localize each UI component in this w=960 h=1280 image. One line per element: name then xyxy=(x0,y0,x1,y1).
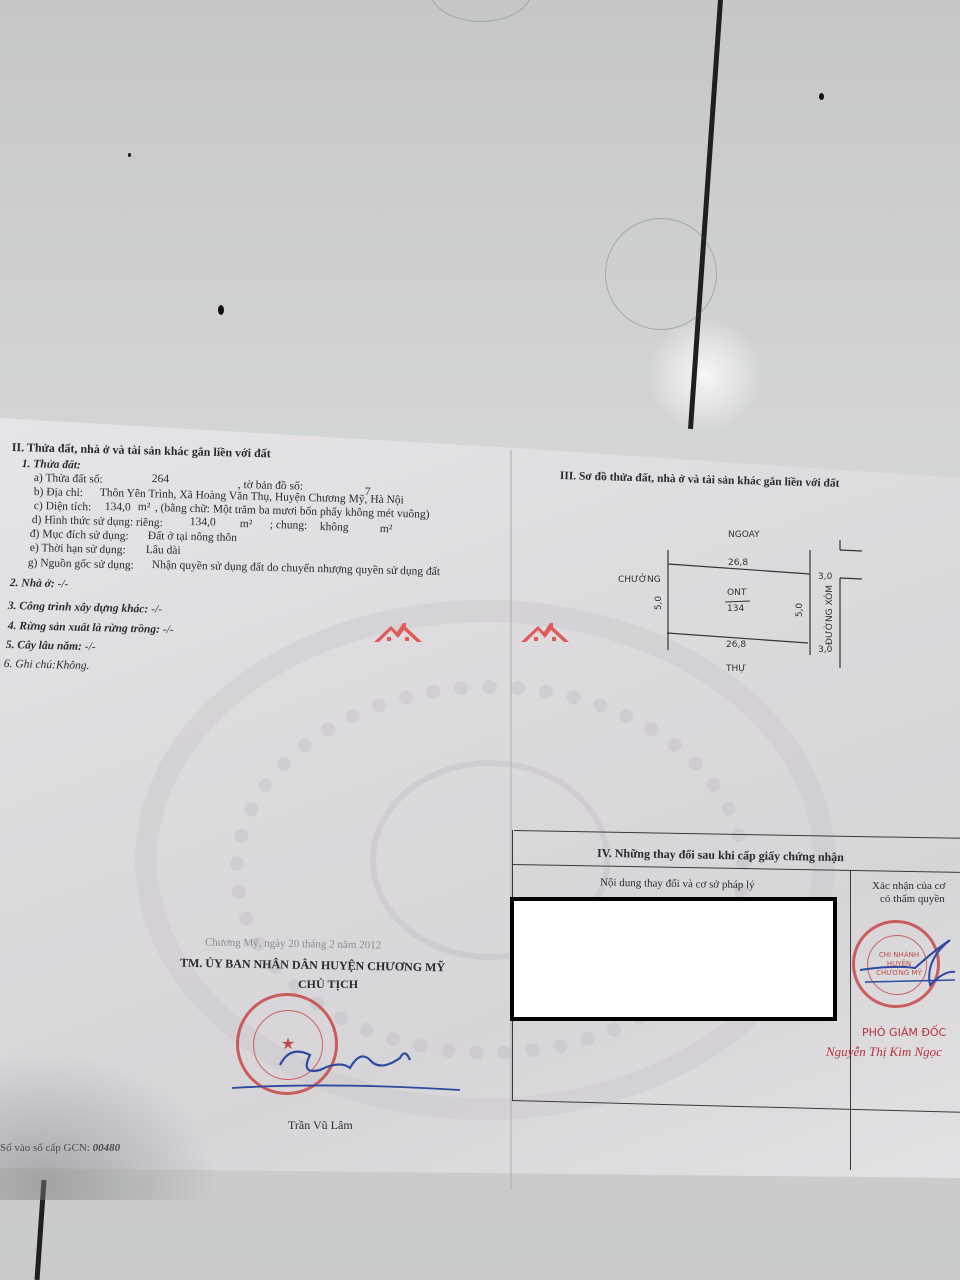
house-label-text: 2. Nhà ở: xyxy=(10,577,55,590)
floor-speck xyxy=(128,153,131,157)
floor-speck xyxy=(218,305,224,315)
notes-label: 6. Ghi chú:Không. xyxy=(4,658,90,672)
left-width: 5,0 xyxy=(654,596,664,610)
signer-role: CHỦ TỊCH xyxy=(298,977,358,992)
perennial-value: -/- xyxy=(85,641,96,653)
private-area-value: 134,0 xyxy=(190,516,216,529)
notes-text: 6. Ghi chú: xyxy=(4,658,56,671)
north-neighbor: NGOAY xyxy=(728,530,760,540)
south-neighbor: THỰ xyxy=(726,664,746,674)
other-construction-value: -/- xyxy=(151,604,162,616)
floor-hair xyxy=(605,218,717,330)
area-label: c) Diện tích: xyxy=(34,500,92,513)
floor-speck xyxy=(819,93,824,100)
road-width-bottom: 3,0 xyxy=(818,645,832,655)
light-glare xyxy=(650,320,760,430)
road-width-top: 3,0 xyxy=(818,572,832,582)
parcel-subtitle: 1. Thửa đất: xyxy=(22,458,81,471)
deputy-director-title: PHÓ GIÁM ĐỐC xyxy=(862,1026,946,1039)
certificate-number-label: Số vào sổ cấp GCN: xyxy=(0,1142,90,1154)
address-label: b) Địa chỉ: xyxy=(34,486,83,499)
plot-sketch: NGOAY 26,8 CHƯỞNG 5,0 ONT 134 5,0 3,0 ĐƯ… xyxy=(600,520,960,690)
perennial-label: 5. Cây lâu năm: -/- xyxy=(6,639,96,653)
shared-unit: m² xyxy=(380,523,393,535)
shared-label: ; chung: xyxy=(270,519,308,532)
deputy-director-name: Nguyễn Thị Kim Ngọc xyxy=(826,1044,942,1060)
confirmation-column-header: Xác nhận của cơ xyxy=(872,880,945,892)
signature-chairman xyxy=(230,1030,460,1100)
perennial-text: 5. Cây lâu năm: xyxy=(6,639,82,653)
certificate-number-value: 00480 xyxy=(93,1142,121,1154)
shared-value: không xyxy=(320,521,349,534)
parcel-number-label: a) Thửa đất số: xyxy=(34,472,103,486)
west-neighbor: CHƯỞNG xyxy=(618,575,661,585)
signature-iv xyxy=(855,930,960,1000)
bottom-length: 26,8 xyxy=(726,640,746,650)
house-roof-logo-icon xyxy=(373,620,423,646)
purpose-label: đ) Mục đích sử dụng: xyxy=(30,528,129,542)
house-value: -/- xyxy=(57,578,68,590)
east-road: ĐƯỜNG XÓM xyxy=(825,585,835,645)
term-value: Lâu dài xyxy=(146,544,181,557)
area-unit: m² xyxy=(138,501,151,513)
purpose-value: Đất ở tại nông thôn xyxy=(148,530,237,544)
redaction-box xyxy=(510,897,837,1021)
area-value: 134,0 xyxy=(105,501,131,514)
house-label: 2. Nhà ở: -/- xyxy=(10,577,69,590)
term-label: e) Thời hạn sử dụng: xyxy=(30,542,126,556)
house-roof-logo-icon xyxy=(520,620,570,646)
origin-label: g) Nguồn gốc sử dụng: xyxy=(28,557,134,572)
right-width: 5,0 xyxy=(795,603,805,617)
private-area-unit: m² xyxy=(240,518,253,530)
land-type: ONT xyxy=(727,588,746,598)
signer-name: Trần Vũ Lâm xyxy=(288,1118,353,1133)
shadow xyxy=(0,1050,220,1200)
confirmation-column-header-2: có thẩm quyền xyxy=(880,893,945,905)
top-length: 26,8 xyxy=(728,558,748,568)
forest-value: -/- xyxy=(163,624,174,636)
plot-area: 134 xyxy=(727,604,744,614)
parcel-number-value: 264 xyxy=(152,473,170,485)
certificate-number: Số vào sổ cấp GCN: 00480 xyxy=(0,1142,120,1154)
notes-value: Không. xyxy=(56,659,90,672)
